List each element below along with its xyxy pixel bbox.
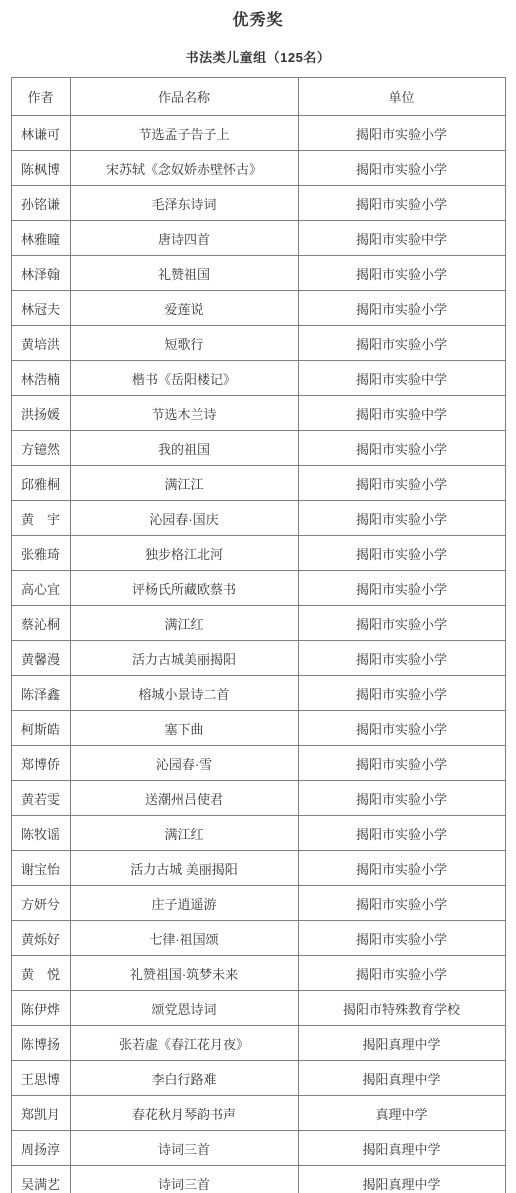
organization-cell: 揭阳市实验小学: [298, 746, 505, 781]
author-cell: 陈泽鑫: [11, 676, 70, 711]
column-header-work-title: 作品名称: [70, 78, 298, 116]
organization-cell: 揭阳市实验中学: [298, 361, 505, 396]
organization-cell: 揭阳市实验小学: [298, 571, 505, 606]
author-cell: 洪扬媛: [11, 396, 70, 431]
organization-cell: 揭阳真理中学: [298, 1131, 505, 1166]
work-title-cell: 节选木兰诗: [70, 396, 298, 431]
organization-cell: 揭阳市实验小学: [298, 326, 505, 361]
table-row: 陈博扬张若虚《春江花月夜》揭阳真理中学: [11, 1026, 505, 1061]
author-cell: 陈伊烨: [11, 991, 70, 1026]
work-title-cell: 李白行路难: [70, 1061, 298, 1096]
author-cell: 邱雅桐: [11, 466, 70, 501]
organization-cell: 真理中学: [298, 1096, 505, 1131]
organization-cell: 揭阳市实验小学: [298, 256, 505, 291]
work-title-cell: 爱莲说: [70, 291, 298, 326]
work-title-cell: 庄子逍遥游: [70, 886, 298, 921]
work-title-cell: 春花秋月琴韵书声: [70, 1096, 298, 1131]
author-cell: 方镱然: [11, 431, 70, 466]
work-title-cell: 七律·祖国颂: [70, 921, 298, 956]
author-cell: 谢宝怡: [11, 851, 70, 886]
organization-cell: 揭阳真理中学: [298, 1026, 505, 1061]
organization-cell: 揭阳市实验中学: [298, 221, 505, 256]
work-title-cell: 满江红: [70, 606, 298, 641]
organization-cell: 揭阳市实验小学: [298, 851, 505, 886]
author-cell: 蔡沁桐: [11, 606, 70, 641]
organization-cell: 揭阳真理中学: [298, 1166, 505, 1193]
author-cell: 黄若雯: [11, 781, 70, 816]
table-row: 高心宜评杨氏所藏欧蔡书揭阳市实验小学: [11, 571, 505, 606]
table-row: 谢宝怡活力古城 美丽揭阳揭阳市实验小学: [11, 851, 505, 886]
organization-cell: 揭阳市实验小学: [298, 116, 505, 151]
group-subtitle: 书法类儿童组（125名）: [0, 47, 516, 66]
organization-cell: 揭阳市实验中学: [298, 396, 505, 431]
table-row: 黄 宇沁园春·国庆揭阳市实验小学: [11, 501, 505, 536]
table-row: 吴满艺诗词三首揭阳真理中学: [11, 1166, 505, 1193]
author-cell: 柯斯皓: [11, 711, 70, 746]
work-title-cell: 独步格江北河: [70, 536, 298, 571]
organization-cell: 揭阳市实验小学: [298, 431, 505, 466]
work-title-cell: 楷书《岳阳楼记》: [70, 361, 298, 396]
author-cell: 孙铭谦: [11, 186, 70, 221]
work-title-cell: 活力古城 美丽揭阳: [70, 851, 298, 886]
table-row: 林冠夫爱莲说揭阳市实验小学: [11, 291, 505, 326]
work-title-cell: 沁园春·国庆: [70, 501, 298, 536]
table-row: 黄馨漫活力古城美丽揭阳揭阳市实验小学: [11, 641, 505, 676]
table-row: 孙铭谦毛泽东诗词揭阳市实验小学: [11, 186, 505, 221]
author-cell: 林泽翰: [11, 256, 70, 291]
work-title-cell: 宋苏轼《念奴娇赤壁怀古》: [70, 151, 298, 186]
table-row: 黄培洪短歌行揭阳市实验小学: [11, 326, 505, 361]
work-title-cell: 我的祖国: [70, 431, 298, 466]
author-cell: 黄 宇: [11, 501, 70, 536]
organization-cell: 揭阳市实验小学: [298, 781, 505, 816]
work-title-cell: 诗词三首: [70, 1131, 298, 1166]
author-cell: 林冠夫: [11, 291, 70, 326]
awards-table-body: 林谦可节选孟子告子上揭阳市实验小学陈枫博宋苏轼《念奴娇赤壁怀古》揭阳市实验小学孙…: [11, 116, 505, 1193]
column-header-organization: 单位: [298, 78, 505, 116]
table-row: 邱雅桐满江江揭阳市实验小学: [11, 466, 505, 501]
table-row: 洪扬媛节选木兰诗揭阳市实验中学: [11, 396, 505, 431]
table-row: 林浩楠楷书《岳阳楼记》揭阳市实验中学: [11, 361, 505, 396]
column-header-author: 作者: [11, 78, 70, 116]
table-row: 黄若雯送潮州吕使君揭阳市实验小学: [11, 781, 505, 816]
author-cell: 吴满艺: [11, 1166, 70, 1193]
page-title: 优秀奖: [0, 0, 516, 30]
work-title-cell: 沁园春·雪: [70, 746, 298, 781]
table-row: 王思博李白行路难揭阳真理中学: [11, 1061, 505, 1096]
work-title-cell: 节选孟子告子上: [70, 116, 298, 151]
table-row: 方妍兮庄子逍遥游揭阳市实验小学: [11, 886, 505, 921]
work-title-cell: 礼赞祖国: [70, 256, 298, 291]
organization-cell: 揭阳市实验小学: [298, 816, 505, 851]
organization-cell: 揭阳市实验小学: [298, 921, 505, 956]
table-row: 柯斯皓塞下曲揭阳市实验小学: [11, 711, 505, 746]
work-title-cell: 送潮州吕使君: [70, 781, 298, 816]
author-cell: 林浩楠: [11, 361, 70, 396]
work-title-cell: 诗词三首: [70, 1166, 298, 1193]
organization-cell: 揭阳真理中学: [298, 1061, 505, 1096]
organization-cell: 揭阳市实验小学: [298, 641, 505, 676]
work-title-cell: 礼赞祖国·筑梦未来: [70, 956, 298, 991]
author-cell: 郑凯月: [11, 1096, 70, 1131]
author-cell: 陈博扬: [11, 1026, 70, 1061]
author-cell: 陈枫博: [11, 151, 70, 186]
work-title-cell: 榕城小景诗二首: [70, 676, 298, 711]
work-title-cell: 满江江: [70, 466, 298, 501]
table-row: 黄 悦礼赞祖国·筑梦未来揭阳市实验小学: [11, 956, 505, 991]
organization-cell: 揭阳市实验小学: [298, 151, 505, 186]
table-row: 郑博侨沁园春·雪揭阳市实验小学: [11, 746, 505, 781]
table-row: 陈牧谣满江红揭阳市实验小学: [11, 816, 505, 851]
organization-cell: 揭阳市实验小学: [298, 886, 505, 921]
author-cell: 方妍兮: [11, 886, 70, 921]
table-row: 黄烁好七律·祖国颂揭阳市实验小学: [11, 921, 505, 956]
organization-cell: 揭阳市实验小学: [298, 676, 505, 711]
organization-cell: 揭阳市实验小学: [298, 186, 505, 221]
author-cell: 黄 悦: [11, 956, 70, 991]
organization-cell: 揭阳市实验小学: [298, 711, 505, 746]
awards-table: 作者 作品名称 单位 林谦可节选孟子告子上揭阳市实验小学陈枫博宋苏轼《念奴娇赤壁…: [11, 77, 506, 1193]
organization-cell: 揭阳市实验小学: [298, 466, 505, 501]
organization-cell: 揭阳市实验小学: [298, 606, 505, 641]
organization-cell: 揭阳市特殊教育学校: [298, 991, 505, 1026]
author-cell: 黄培洪: [11, 326, 70, 361]
table-row: 蔡沁桐满江红揭阳市实验小学: [11, 606, 505, 641]
organization-cell: 揭阳市实验小学: [298, 501, 505, 536]
work-title-cell: 毛泽东诗词: [70, 186, 298, 221]
author-cell: 周扬淳: [11, 1131, 70, 1166]
organization-cell: 揭阳市实验小学: [298, 536, 505, 571]
author-cell: 林谦可: [11, 116, 70, 151]
document-page: 优秀奖 书法类儿童组（125名） 作者 作品名称 单位 林谦可节选孟子告子上揭阳…: [0, 0, 516, 1193]
author-cell: 黄馨漫: [11, 641, 70, 676]
table-row: 郑凯月春花秋月琴韵书声真理中学: [11, 1096, 505, 1131]
work-title-cell: 活力古城美丽揭阳: [70, 641, 298, 676]
work-title-cell: 满江红: [70, 816, 298, 851]
organization-cell: 揭阳市实验小学: [298, 956, 505, 991]
table-row: 陈伊烨颂党恩诗词揭阳市特殊教育学校: [11, 991, 505, 1026]
work-title-cell: 塞下曲: [70, 711, 298, 746]
organization-cell: 揭阳市实验小学: [298, 291, 505, 326]
work-title-cell: 短歌行: [70, 326, 298, 361]
table-row: 林雅瞳唐诗四首揭阳市实验中学: [11, 221, 505, 256]
author-cell: 王思博: [11, 1061, 70, 1096]
work-title-cell: 颂党恩诗词: [70, 991, 298, 1026]
author-cell: 高心宜: [11, 571, 70, 606]
table-header-row: 作者 作品名称 单位: [11, 78, 505, 116]
table-row: 张雅琦独步格江北河揭阳市实验小学: [11, 536, 505, 571]
work-title-cell: 评杨氏所藏欧蔡书: [70, 571, 298, 606]
table-row: 林泽翰礼赞祖国揭阳市实验小学: [11, 256, 505, 291]
author-cell: 林雅瞳: [11, 221, 70, 256]
table-row: 陈枫博宋苏轼《念奴娇赤壁怀古》揭阳市实验小学: [11, 151, 505, 186]
table-row: 周扬淳诗词三首揭阳真理中学: [11, 1131, 505, 1166]
author-cell: 郑博侨: [11, 746, 70, 781]
author-cell: 张雅琦: [11, 536, 70, 571]
work-title-cell: 唐诗四首: [70, 221, 298, 256]
author-cell: 黄烁好: [11, 921, 70, 956]
work-title-cell: 张若虚《春江花月夜》: [70, 1026, 298, 1061]
table-row: 陈泽鑫榕城小景诗二首揭阳市实验小学: [11, 676, 505, 711]
table-row: 林谦可节选孟子告子上揭阳市实验小学: [11, 116, 505, 151]
author-cell: 陈牧谣: [11, 816, 70, 851]
table-row: 方镱然我的祖国揭阳市实验小学: [11, 431, 505, 466]
